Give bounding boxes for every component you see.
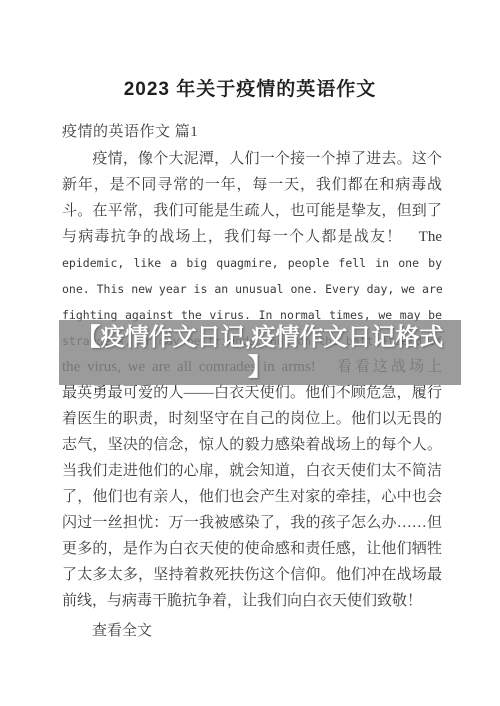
essay-line: 志气，坚决的信念，惊人的毅力感染着战场上的每个人。 [62,432,442,458]
watermark-overlay-banner: 【疫情作文日记,疫情作文日记格式 】 [59,320,461,385]
essay-line: 当我们走进他们的心扉，就会知道，白衣天使们太不简洁 [62,458,442,484]
essay-line: 着医生的职责，时刻坚守在自己的岗位上。他们以无畏的 [62,406,442,432]
essay-line: one. This new year is an unusual one. Ev… [62,276,442,302]
essay-line: 斗。在平常，我们可能是生疏人，也可能是挚友，但到了 [62,198,442,224]
view-full-text-link[interactable]: 查看全文 [92,618,152,644]
essay-line: 前线，与病毒干脆抗争着，让我们向白衣天使们致敬！ [62,588,442,614]
essay-line: 了，他们也有亲人，他们也会产生对家的牵挂，心中也会 [62,484,442,510]
essay-line: 与病毒抗争的战场上，我们每一个人都是战友！ The [62,224,442,250]
section-heading: 疫情的英语作文 篇1 [62,120,198,141]
essay-line: 更多的，是作为白衣天使的使命感和责任感，让他们牺牲 [62,536,442,562]
essay-line: 疫情，像个大泥潭，人们一个接一个掉了进去。这个 [62,146,442,172]
watermark-text: 【疫情作文日记,疫情作文日记格式 [77,323,444,353]
essay-line: epidemic, like a big quagmire, people fe… [62,250,442,276]
watermark-closing-bracket: 】 [248,353,272,383]
document-page: 2023 年关于疫情的英语作文 疫情的英语作文 篇1 疫情，像个大泥潭，人们一个… [0,0,500,706]
essay-line: 新年，是不同寻常的一年，每一天，我们都在和病毒战 [62,172,442,198]
essay-line: 闪过一丝担忧：万一我被感染了，我的孩子怎么办……但 [62,510,442,536]
essay-line: 了太多太多，坚持着救死扶伤这个信仰。他们冲在战场最 [62,562,442,588]
page-title: 2023 年关于疫情的英语作文 [0,74,500,101]
